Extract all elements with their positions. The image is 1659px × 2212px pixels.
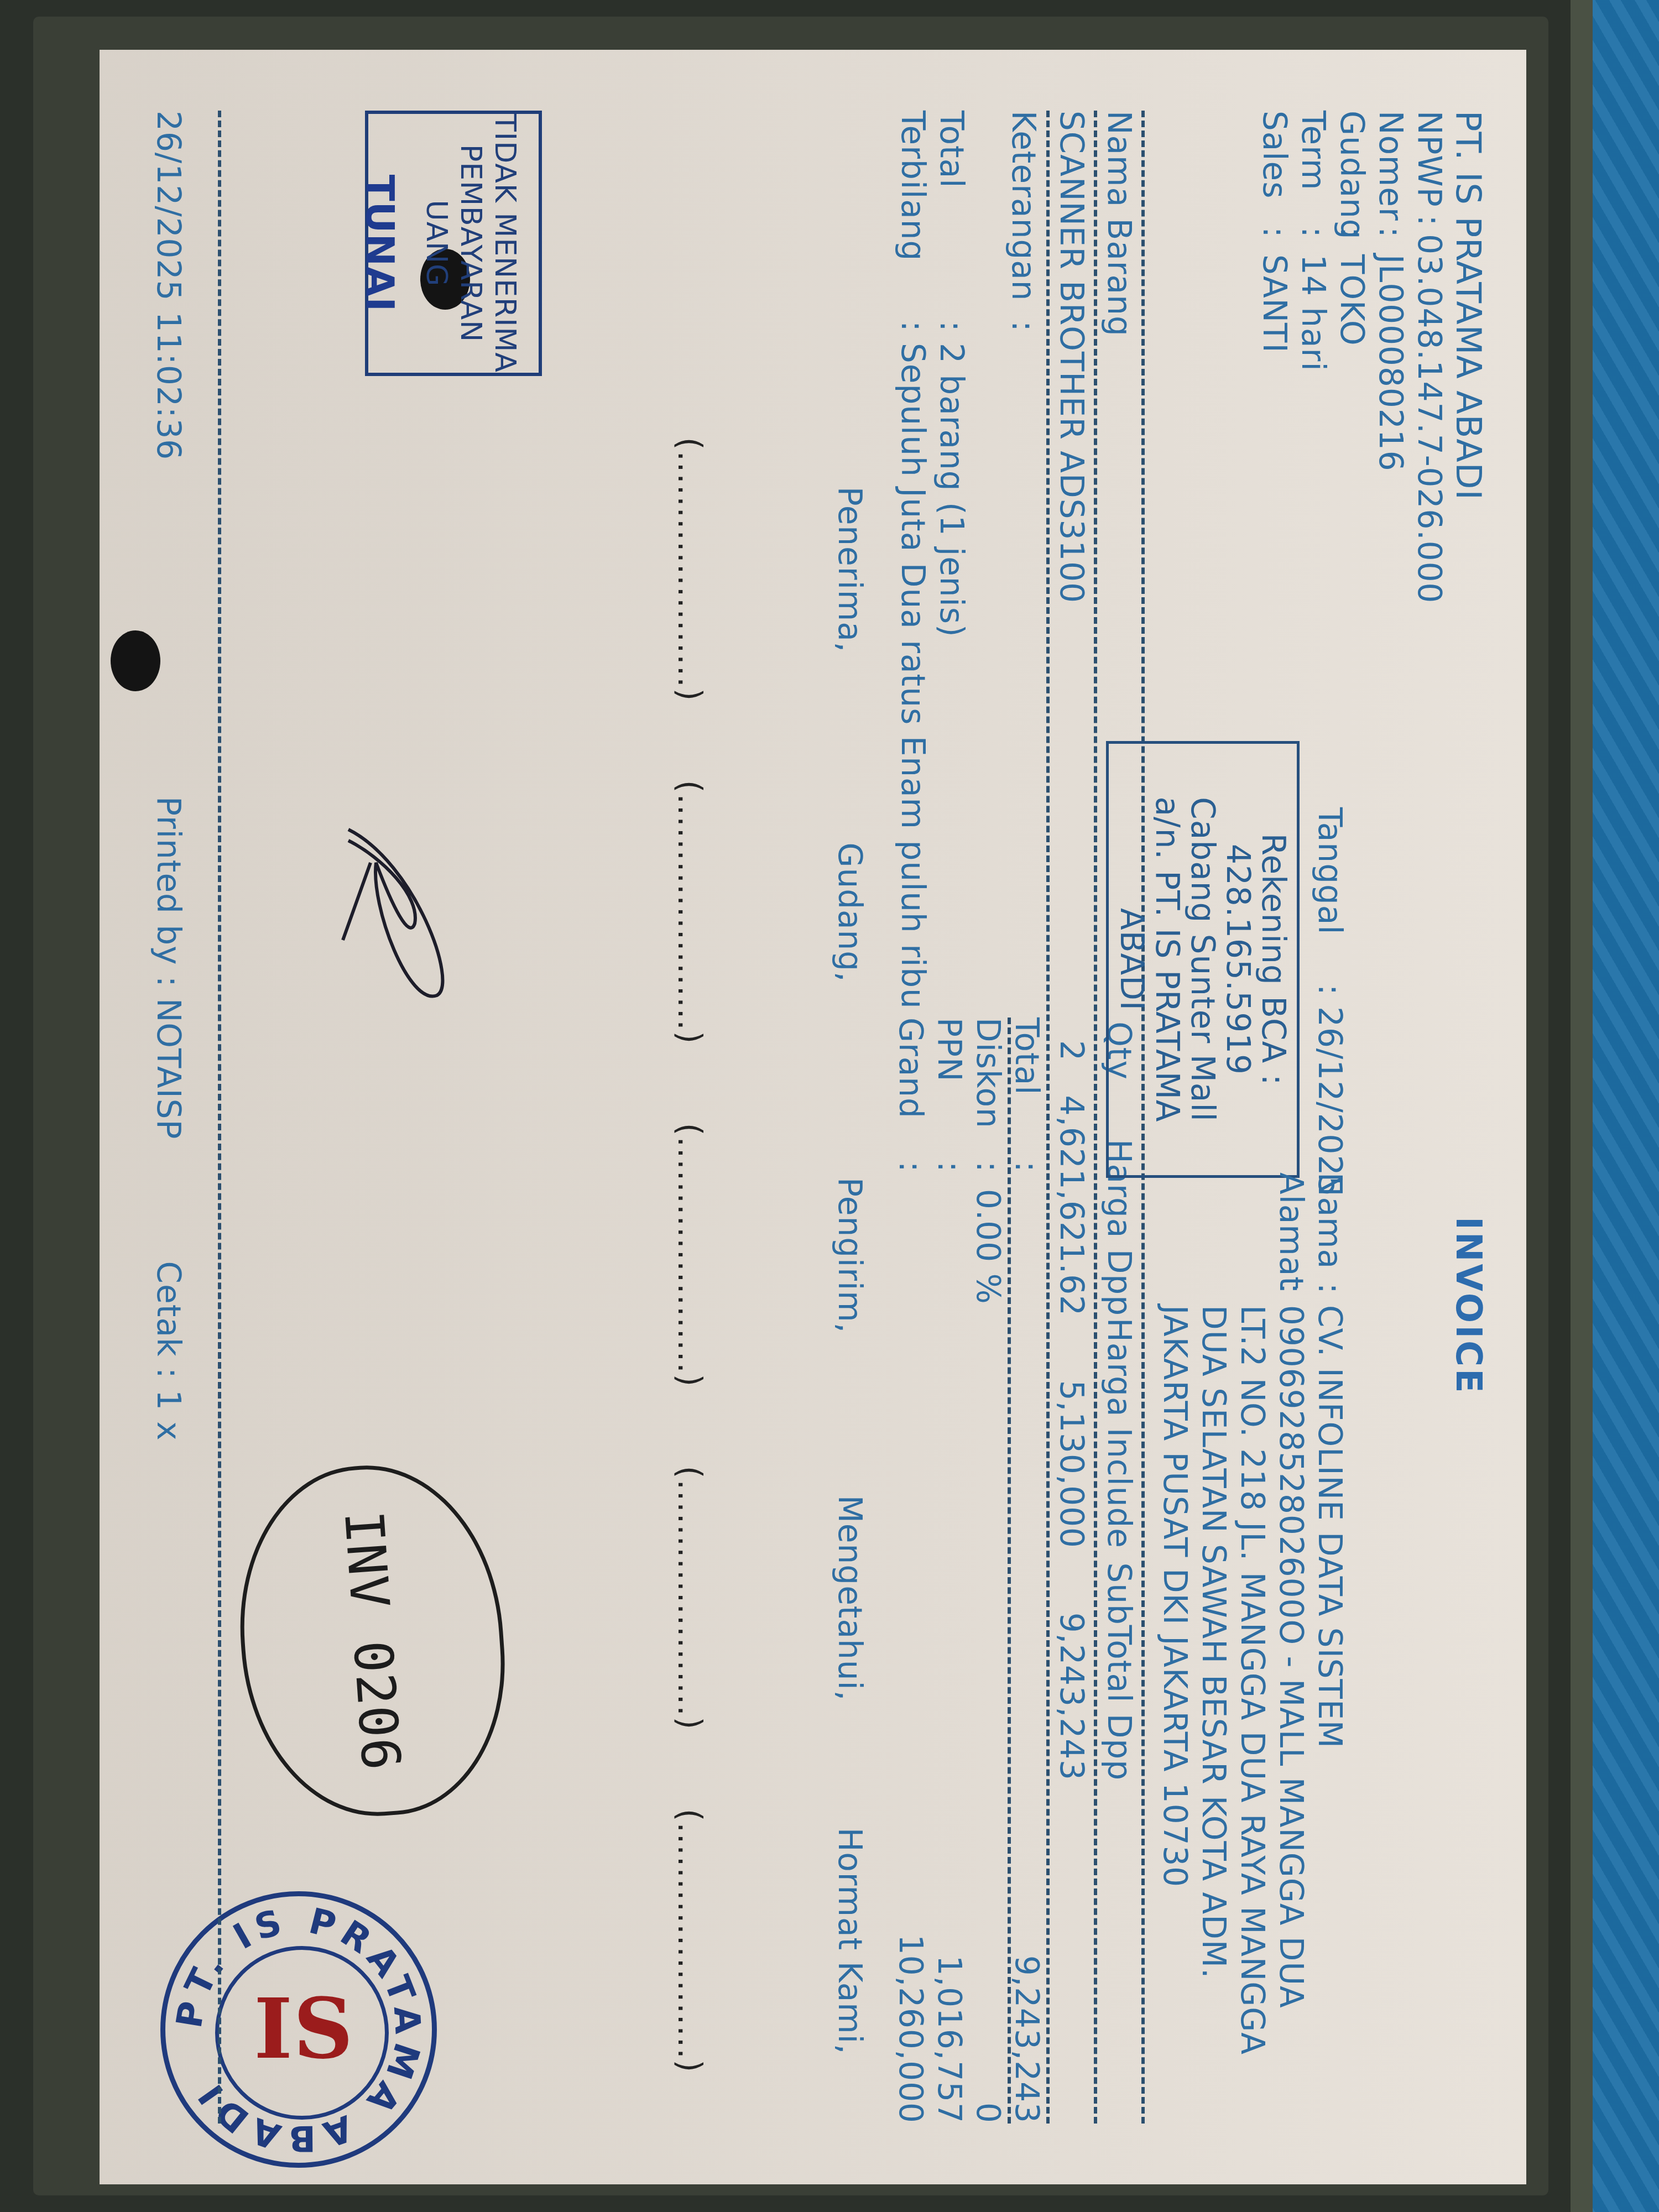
tanggal-row: Tanggal : 26/12/2025 [1311,807,1349,1197]
summary-total-row: Total: 9,243,243 [1008,1018,1046,2124]
summary-total-value: 9,243,243 [1008,1388,1046,2124]
bank-account-line: Rekening BCA : 428.165.5919 [1220,755,1291,1164]
signature-gudang: Gudang, (.....................) [670,741,869,1084]
customer-name-label: Nama [1311,1172,1349,1283]
item-name: SCANNER BROTHER ADS3100 [1052,111,1091,1018]
divider [1046,111,1050,2124]
summary-diskon-row: Diskon: 0.00 % 0 [969,1018,1008,2124]
npwp-row: NPWP : 03.048.147.7-026.000 [1410,111,1449,2124]
handwritten-signature-icon [337,796,481,1029]
signature-mengetahui: Mengetahui, (.....................) [670,1427,869,1770]
tanggal-label: Tanggal [1311,807,1349,984]
summary-grand-row: Grand: 10,260,000 [891,1018,930,2124]
keterangan-label: Keterangan [1004,111,1043,321]
item-qty: 2 [1052,1018,1091,1084]
customer-address: 090692852802600O - MALL MANGGA DUA LT.2 … [1156,1305,1311,2055]
customer-address-label: Alamat [1156,1172,1311,1283]
gudang-label: Gudang [1333,111,1371,227]
customer-name: CV. INFOLINE DATA SISTEM [1311,1305,1349,1749]
summary-ppn-row: PPN: 1,016,757 [930,1018,969,2124]
print-datetime: 26/12/2025 11:02:36 [149,111,188,796]
customer-block: Nama : CV. INFOLINE DATA SISTEM Alamat :… [1156,1172,1349,2168]
term-label: Term [1294,111,1333,227]
printed-by: Printed by : NOTAISP [149,796,188,1139]
tanggal-value: 26/12/2025 [1311,1006,1349,1197]
keterangan-row: Keterangan : [1004,111,1043,1018]
npwp-value: 03.048.147.7-026.000 [1410,234,1449,603]
total-qty-row: Total : 2 barang (1 jenis) [932,111,971,1018]
sales-value: SANTI [1255,254,1294,353]
table-row: SCANNER BROTHER ADS3100 2 4,621,621.62 5… [1050,111,1094,2124]
terbilang-label: Terbilang [894,111,932,321]
no-cash-stamp: TIDAK MENERIMA PEMBAYARAN UANG TUNAI [365,111,542,376]
invoice-footer: 26/12/2025 11:02:36 Printed by : NOTAISP… [149,111,188,2124]
invoice-paper: PT. IS PRATAMA ABADI NPWP : 03.048.147.7… [100,50,1526,2184]
divider [218,111,221,2124]
signature-penerima: Penerima, (.....................) [670,398,869,741]
total-qty-label: Total [932,111,971,321]
company-logo-icon: IS [254,1985,342,2073]
document-title: INVOICE [1449,1217,1488,1395]
gudang-value: TOKO [1333,254,1371,346]
invoice-header: PT. IS PRATAMA ABADI NPWP : 03.048.147.7… [1145,111,1488,2124]
column-header-harga-include: Harga Include [1100,1316,1139,1548]
diskon-value: 0 [969,1388,1008,2124]
handwritten-invoice-note: INV 0206 [229,1457,515,1825]
item-harga-include: 5,130,000 [1052,1316,1091,1548]
terbilang-value: Sepuluh Juta Dua ratus Enam puluh ribu [894,343,932,1009]
bank-account-box: Rekening BCA : 428.165.5919 Cabang Sunte… [1106,741,1300,1178]
signature-pengirim: Pengirim, (.....................) [670,1084,869,1427]
diskon-percent: 0.00 % [969,1189,1008,1388]
column-header-subtotal-dpp: SubTotal Dpp [1100,1548,1139,1781]
invoice-rotated-wrapper: PT. IS PRATAMA ABADI NPWP : 03.048.147.7… [100,50,1526,2184]
grand-total-value: 10,260,000 [891,1388,930,2124]
npwp-label: NPWP [1410,111,1449,207]
bank-branch-line: Cabang Sunter Mall [1185,755,1220,1164]
company-round-stamp: PT. IS PRATAMA ABADI IS [160,1891,437,2168]
total-qty-value: 2 barang (1 jenis) [932,343,971,638]
ppn-value: 1,016,757 [930,1388,969,2124]
nomor-row: Nomer : JL000080216 [1371,111,1410,2124]
terbilang-row: Terbilang : Sepuluh Juta Dua ratus Enam … [894,111,932,1018]
sales-label: Sales [1255,111,1294,227]
company-name: PT. IS PRATAMA ABADI [1449,111,1488,2124]
bank-holder-line: a/n. PT. IS PRATAMA ABADI [1114,755,1185,1164]
nomor-label: Nomer [1371,111,1410,227]
signature-row: Penerima, (.....................) Gudang… [670,111,869,2124]
item-harga-dpp: 4,621,621.62 [1052,1084,1091,1316]
term-value: 14 hari [1294,254,1333,372]
divider [1094,111,1097,2124]
print-count: Cetak : 1 x [149,1261,188,1441]
item-subtotal-dpp: 9,243,243 [1052,1548,1091,1781]
totals-section: Keterangan : Total : 2 barang (1 jenis) … [891,111,1046,2124]
signature-hormat-kami: Hormat Kami, (.....................) [670,1770,869,2112]
nomor-value: JL000080216 [1371,254,1410,472]
